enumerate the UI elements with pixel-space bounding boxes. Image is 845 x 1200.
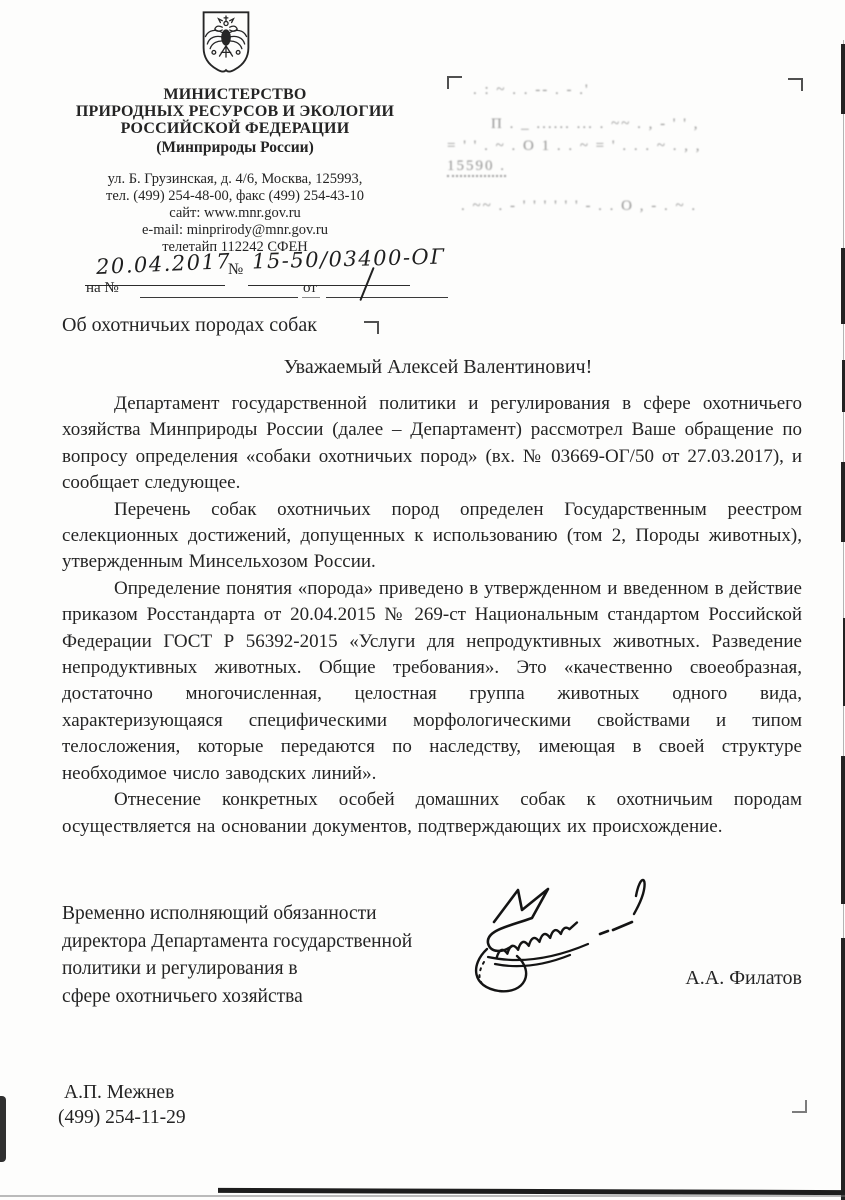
corner-mark-bottom-right xyxy=(792,1100,807,1113)
scan-right-edge-segment xyxy=(841,248,845,324)
signatory-title-line: политики и регулирования в xyxy=(62,955,492,983)
email-line: e-mail: minprirody@mnr.gov.ru xyxy=(40,222,430,239)
from-date-label: от xyxy=(303,280,317,297)
reply-number-underline xyxy=(140,297,298,298)
scan-right-edge-segment xyxy=(841,44,845,114)
subject-line: Об охотничьих породах собак xyxy=(62,314,317,337)
recipient-fragment-line: 15590 . xyxy=(447,158,506,177)
address-line-1: ул. Б. Грузинская, д. 4/6, Москва, 12599… xyxy=(40,171,430,188)
salutation: Уважаемый Алексей Валентинович! xyxy=(60,356,816,379)
ministry-name-line-2: ПРИРОДНЫХ РЕСУРСОВ И ЭКОЛОГИИ xyxy=(40,103,430,120)
ministry-short-name: (Минприроды России) xyxy=(40,139,430,156)
signatory-name: А.А. Филатов xyxy=(610,967,802,990)
from-date-underline xyxy=(326,297,448,298)
scan-right-edge-segment xyxy=(841,938,845,1200)
letterhead: МИНИСТЕРСТВО ПРИРОДНЫХ РЕСУРСОВ И ЭКОЛОГ… xyxy=(40,86,430,256)
recipient-fragment-line: П . _ ...... ... . ~~ . , - ' ' , xyxy=(491,116,699,133)
body-paragraph: Департамент государственной политики и р… xyxy=(62,391,802,497)
signatory-title-line: директора Департамента государственной xyxy=(62,928,492,956)
signatory-title-line: сфере охотничьего хозяйства xyxy=(62,983,492,1011)
ministry-name-line-1: МИНИСТЕРСТВО xyxy=(40,86,430,103)
reply-number-underline-gap xyxy=(302,297,320,298)
scan-right-edge-segment xyxy=(841,462,845,542)
letter-body: Департамент государственной политики и р… xyxy=(62,391,802,840)
recipient-fragment-line: = ' ' . ~ . O 1 . . ~ = ' . . . ~ . , , xyxy=(447,138,701,155)
scan-right-edge-segment xyxy=(841,756,845,904)
signatory-title-line: Временно исполняющий обязанности xyxy=(62,900,492,928)
body-paragraph: Перечень собак охотничьих пород определе… xyxy=(62,497,802,576)
website-line: сайт: www.mnr.gov.ru xyxy=(40,205,430,222)
corner-mark-after-subject xyxy=(364,321,379,334)
number-sign-label: № xyxy=(228,261,243,279)
number-underline xyxy=(248,285,410,286)
address-line-2: тел. (499) 254-48-00, факс (499) 254-43-… xyxy=(40,188,430,205)
executor-name: А.П. Межнев xyxy=(64,1082,174,1104)
coat-of-arms-icon xyxy=(198,8,254,80)
body-paragraph: Отнесение конкретных особей домашних соб… xyxy=(62,787,802,840)
corner-mark-top-left xyxy=(447,76,462,89)
executor-phone: (499) 254-11-29 xyxy=(58,1107,186,1129)
double-headed-eagle-icon xyxy=(205,16,246,57)
body-paragraph: Определение понятия «порода» приведено в… xyxy=(62,576,802,787)
recipient-fragment-line: . : ~ . . -- . - .' xyxy=(473,82,590,99)
scanned-letter-page: МИНИСТЕРСТВО ПРИРОДНЫХ РЕСУРСОВ И ЭКОЛОГ… xyxy=(0,0,845,1200)
corner-mark-top-right xyxy=(788,78,803,91)
handwriting-slash-tail xyxy=(359,267,374,301)
reply-to-number-label: на № xyxy=(86,280,119,297)
recipient-fragment-line: . ~~ . - ' ' ' ' ' ' - . . O , - . ~ . xyxy=(461,198,697,215)
handwritten-date: 20.04.2017 xyxy=(96,249,232,279)
handwritten-outgoing-number: 15-50/03400-ОГ xyxy=(252,244,446,273)
signatory-title: Временно исполняющий обязанности директо… xyxy=(62,900,492,1010)
scan-bottom-edge-hairline xyxy=(0,1195,845,1197)
scan-left-edge-blob xyxy=(0,1096,6,1162)
recipient-address-block: . : ~ . . -- . - .' П . _ ...... ... . ~… xyxy=(445,74,803,226)
ministry-name-line-3: РОССИЙСКОЙ ФЕДЕРАЦИИ xyxy=(40,120,430,137)
